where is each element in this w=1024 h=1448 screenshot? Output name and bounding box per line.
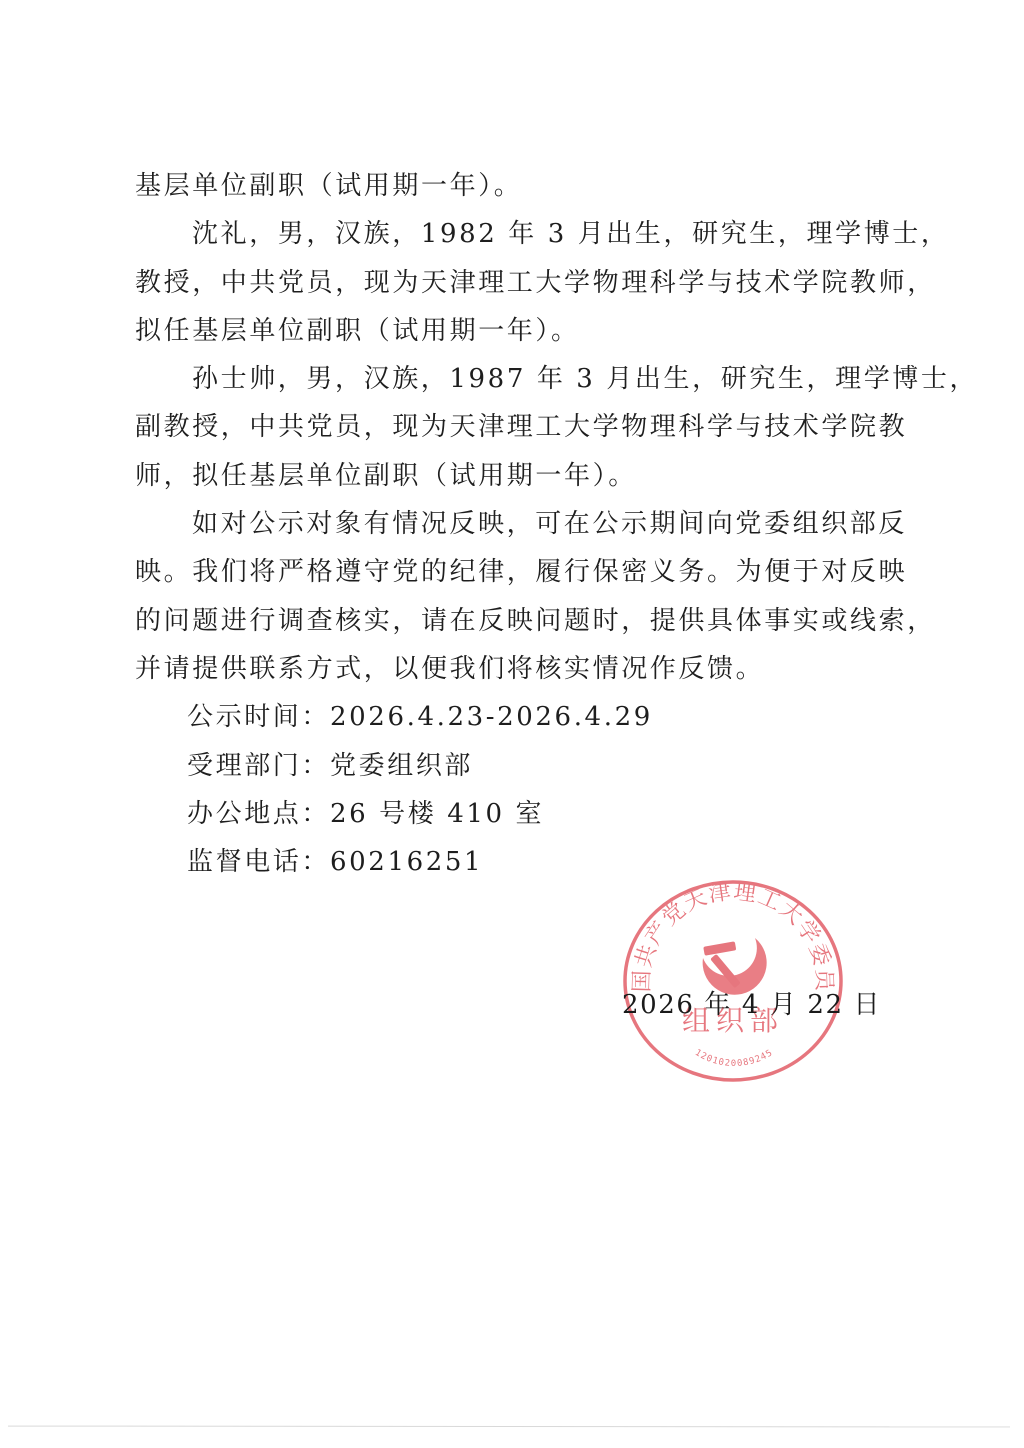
info-label: 监督电话： (187, 847, 330, 877)
text-line: 孙士帅，男，汉族，1987 年 3 月出生，研究生，理学博士， (135, 355, 895, 403)
info-label: 办公地点： (187, 799, 330, 829)
info-label: 受理部门： (187, 751, 330, 781)
info-list: 公示时间：2026.4.23-2026.4.29 受理部门：党委组织部 办公地点… (135, 693, 895, 886)
info-label: 公示时间： (187, 702, 330, 732)
official-seal-icon: 中国共产党天津理工大学委员会 组织部 1201020089245 (620, 878, 846, 1084)
document-date: 2026 年 4 月 22 日 (622, 984, 881, 1021)
text-line: 教授，中共党员，现为天津理工大学物理科学与技术学院教师， (135, 259, 895, 307)
info-value: 党委组织部 (330, 751, 473, 781)
seal-serial: 1201020089245 (693, 1048, 775, 1069)
text-line: 的问题进行调查核实，请在反映问题时，提供具体事实或线索， (135, 597, 895, 645)
paragraph-candidate-shen-li: 沈礼，男，汉族，1982 年 3 月出生，研究生，理学博士， 教授，中共党员，现… (135, 210, 895, 355)
document-body: 基层单位副职（试用期一年）。 沈礼，男，汉族，1982 年 3 月出生，研究生，… (135, 162, 895, 886)
info-department: 受理部门：党委组织部 (135, 742, 895, 790)
info-office-location: 办公地点：26 号楼 410 室 (135, 790, 895, 838)
text-line: 沈礼，男，汉族，1982 年 3 月出生，研究生，理学博士， (135, 210, 895, 258)
text-line: 副教授，中共党员，现为天津理工大学物理科学与技术学院教 (135, 403, 895, 451)
text-line: 师，拟任基层单位副职（试用期一年）。 (135, 452, 895, 500)
document-page: 基层单位副职（试用期一年）。 沈礼，男，汉族，1982 年 3 月出生，研究生，… (0, 0, 1024, 1448)
text-line: 映。我们将严格遵守党的纪律，履行保密义务。为便于对反映 (135, 548, 895, 596)
paragraph-candidate-sun-shishuai: 孙士帅，男，汉族，1987 年 3 月出生，研究生，理学博士， 副教授，中共党员… (135, 355, 895, 500)
text-line: 如对公示对象有情况反映，可在公示期间向党委组织部反 (135, 500, 895, 548)
text-line: 拟任基层单位副职（试用期一年）。 (135, 307, 895, 355)
text-line: 并请提供联系方式，以便我们将核实情况作反馈。 (135, 645, 895, 693)
info-value: 60216251 (330, 847, 483, 877)
info-value: 2026.4.23-2026.4.29 (330, 702, 653, 732)
info-publicity-period: 公示时间：2026.4.23-2026.4.29 (135, 693, 895, 741)
page-bottom-divider (8, 1426, 1010, 1428)
info-value: 26 号楼 410 室 (330, 799, 544, 829)
paragraph-prev-continuation: 基层单位副职（试用期一年）。 (135, 162, 895, 210)
text-line: 基层单位副职（试用期一年）。 (135, 162, 895, 210)
svg-text:1201020089245: 1201020089245 (693, 1048, 775, 1069)
paragraph-feedback-instructions: 如对公示对象有情况反映，可在公示期间向党委组织部反 映。我们将严格遵守党的纪律，… (135, 500, 895, 693)
